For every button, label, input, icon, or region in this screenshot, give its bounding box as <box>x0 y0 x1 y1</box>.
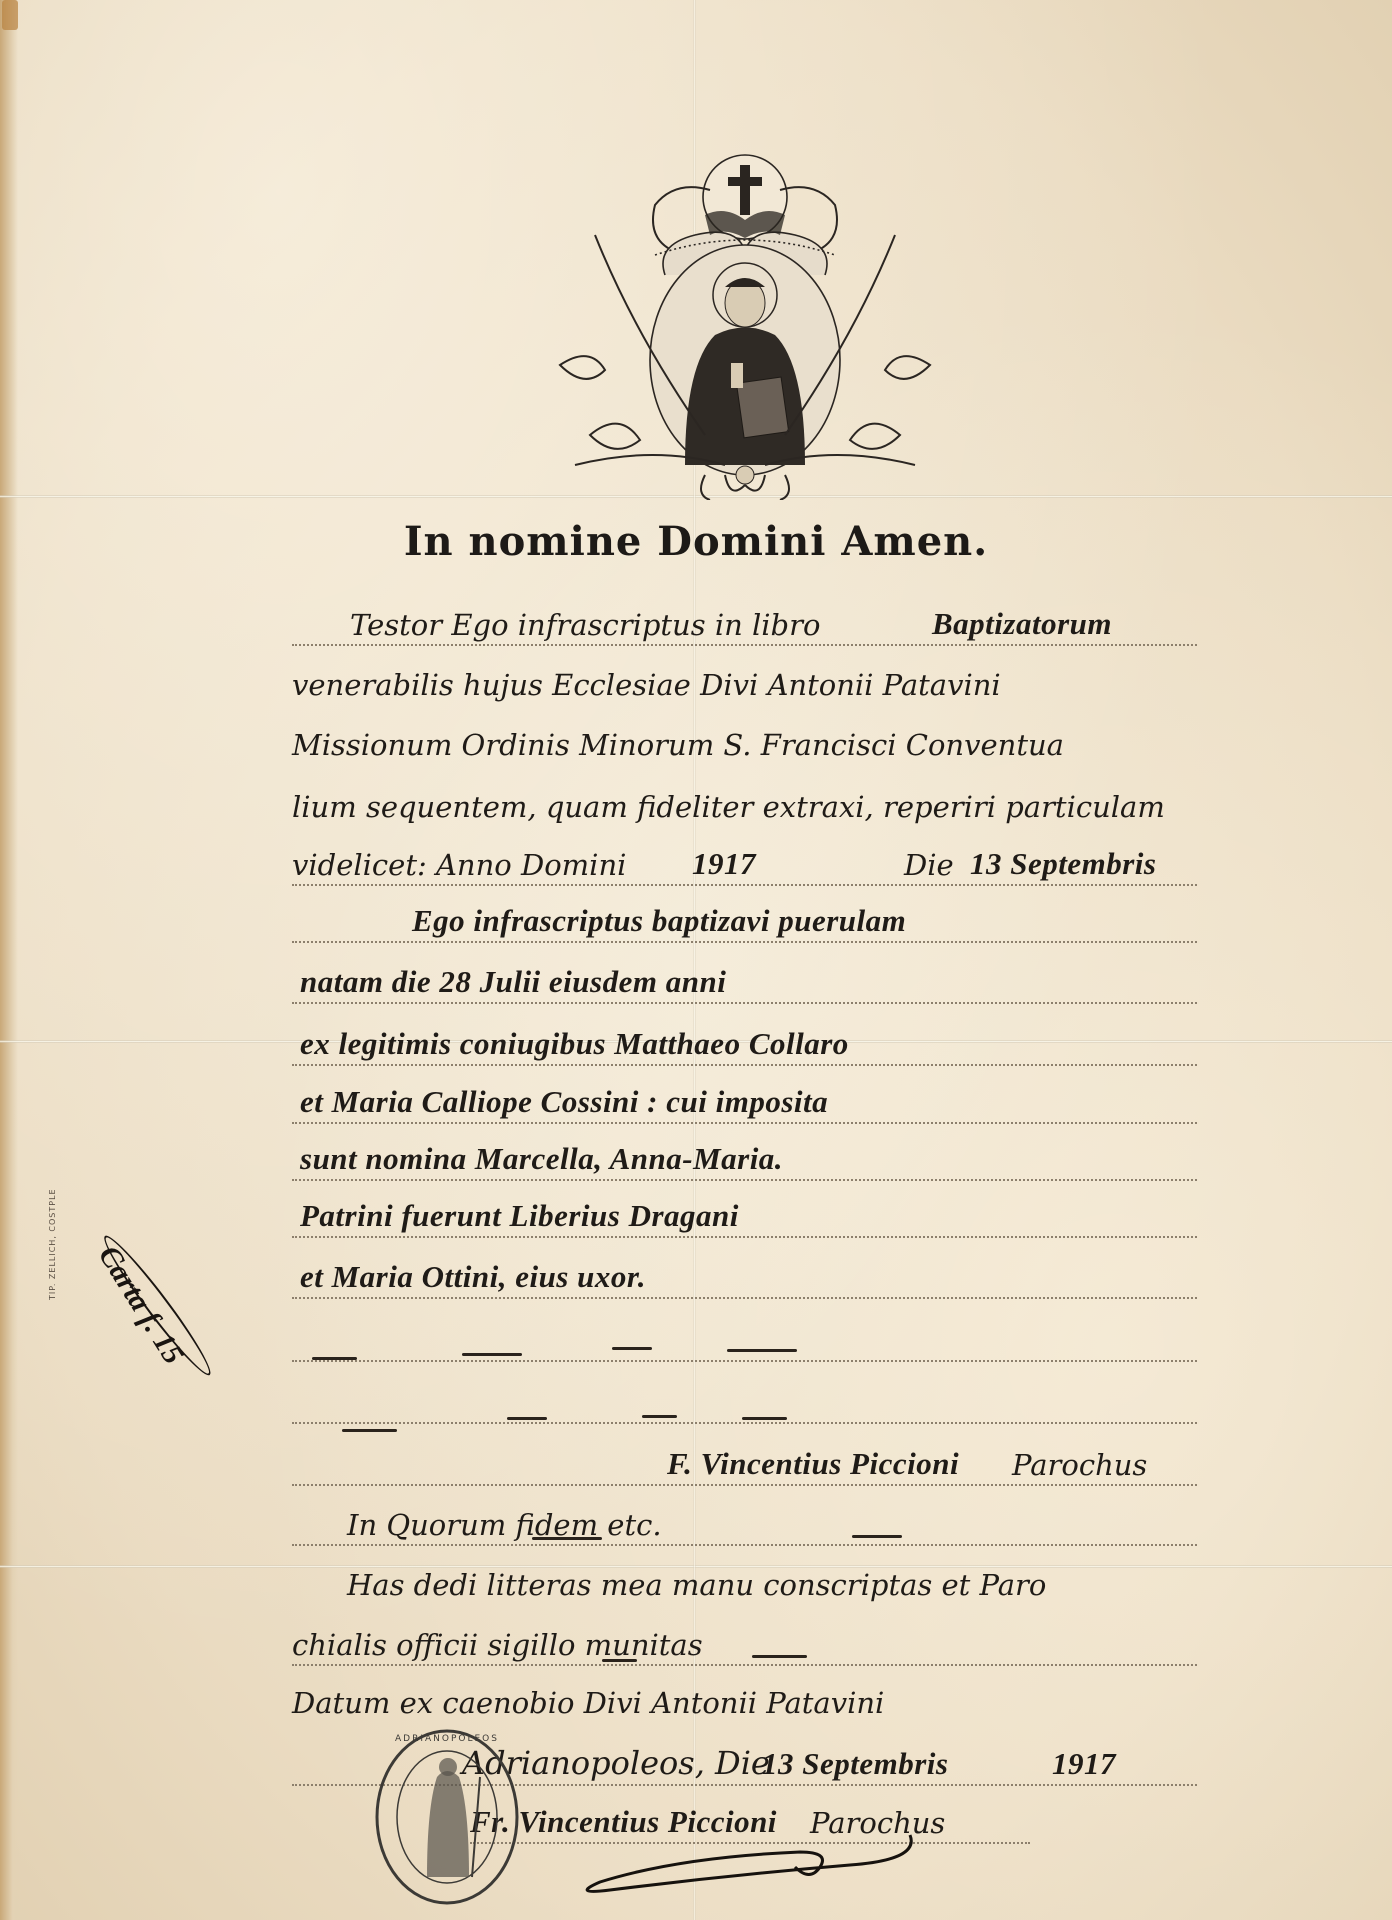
rust-stain <box>2 0 18 30</box>
printed-text: venerabilis hujus Ecclesiae Divi Antonii… <box>292 668 1001 702</box>
closing-line-1: In Quorum fidem etc. <box>292 1500 1197 1546</box>
text-line-10: sunt nomina Marcella, Anna-Maria. <box>292 1135 1197 1181</box>
text-line-2: venerabilis hujus Ecclesiae Divi Antonii… <box>292 660 1197 704</box>
handwritten-text: natam die 28 Julii eiusdem anni <box>300 964 726 1000</box>
text-line-4: lium sequentem, quam fideliter extraxi, … <box>292 782 1197 826</box>
printed-text: Die <box>904 848 954 882</box>
text-line-3: Missionum Ordinis Minorum S. Francisci C… <box>292 720 1197 764</box>
text-line-8: ex legitimis coniugibus Matthaeo Collaro <box>292 1020 1197 1066</box>
handwritten-text: Baptizatorum <box>932 606 1112 642</box>
text-line-1: Testor Ego infrascriptus in libro Baptiz… <box>292 600 1197 646</box>
printed-text: Parochus <box>1012 1448 1147 1482</box>
priest-signature: F. Vincentius Piccioni <box>667 1446 959 1482</box>
closing-line-4: Datum ex caenobio Divi Antonii Patavini <box>292 1678 1197 1722</box>
printer-mark: TIP. ZELLICH, COSTPLE <box>48 1188 57 1300</box>
handwritten-text: Patrini fuerunt Liberius Dragani <box>300 1198 739 1234</box>
saint-anthony-engraving-icon <box>535 135 955 500</box>
closing-line-2: Has dedi litteras mea manu conscriptas e… <box>292 1560 1197 1604</box>
handwritten-date: 13 Septembris <box>762 1746 948 1782</box>
text-line-11: Patrini fuerunt Liberius Dragani <box>292 1192 1197 1238</box>
svg-text:ADRIANOPOLEOS: ADRIANOPOLEOS <box>395 1734 499 1744</box>
printed-text: chialis officii sigillo munitas <box>292 1628 703 1662</box>
handwritten-text: et Maria Ottini, eius uxor. <box>300 1259 646 1295</box>
text-line-7: natam die 28 Julii eiusdem anni <box>292 958 1197 1004</box>
handwritten-date: 13 Septembris <box>970 846 1156 882</box>
signature-line-1: F. Vincentius Piccioni Parochus <box>292 1440 1197 1486</box>
handwritten-text: Ego infrascriptus baptizavi puerulam <box>412 903 906 939</box>
printed-text: lium sequentem, quam fideliter extraxi, … <box>292 790 1165 824</box>
printed-text: videlicet: Anno Domini <box>292 848 626 882</box>
printed-text: Datum ex caenobio Divi Antonii Patavini <box>292 1686 884 1720</box>
margin-note: Carta f. 15 <box>91 1240 190 1370</box>
parish-seal-icon: ADRIANOPOLEOS <box>372 1727 522 1907</box>
document-title: In nomine Domini Amen. <box>0 518 1392 565</box>
paper-edge <box>0 0 18 1920</box>
handwritten-text: ex legitimis coniugibus Matthaeo Collaro <box>300 1026 849 1062</box>
printed-text: In Quorum fidem etc. <box>347 1508 662 1542</box>
printed-text: Missionum Ordinis Minorum S. Francisci C… <box>292 728 1064 762</box>
text-line-6: Ego infrascriptus baptizavi puerulam <box>292 897 1197 943</box>
certificate-page: In nomine Domini Amen. Testor Ego infras… <box>0 0 1392 1920</box>
text-line-13-blank <box>292 1316 1197 1362</box>
text-line-12: et Maria Ottini, eius uxor. <box>292 1253 1197 1299</box>
text-line-9: et Maria Calliope Cossini : cui imposita <box>292 1078 1197 1124</box>
handwritten-text: sunt nomina Marcella, Anna-Maria. <box>300 1141 783 1177</box>
closing-line-3: chialis officii sigillo munitas <box>292 1620 1197 1666</box>
text-line-5: videlicet: Anno Domini 1917 Die 13 Septe… <box>292 840 1197 886</box>
printed-text: Has dedi litteras mea manu conscriptas e… <box>347 1568 1046 1602</box>
signature-flourish-icon <box>580 1830 960 1900</box>
printed-text: Testor Ego infrascriptus in libro <box>350 608 820 642</box>
text-line-14-blank <box>292 1378 1197 1424</box>
handwritten-year: 1917 <box>1052 1746 1116 1782</box>
handwritten-text: et Maria Calliope Cossini : cui imposita <box>300 1084 828 1120</box>
handwritten-year: 1917 <box>692 846 756 882</box>
